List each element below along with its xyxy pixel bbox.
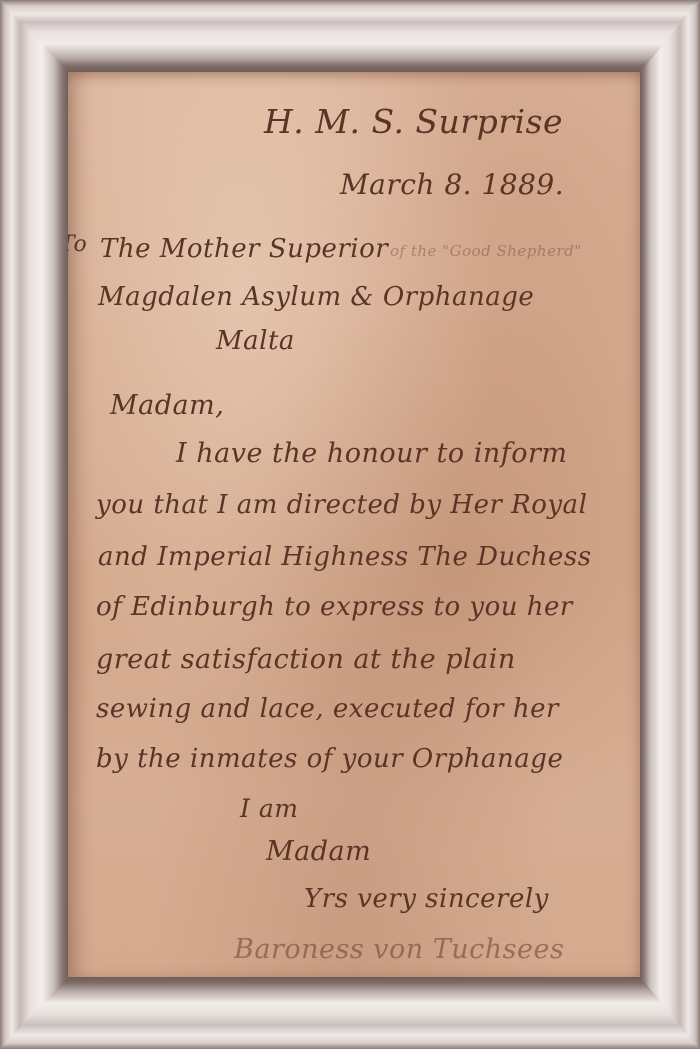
closing-line-1: I am bbox=[240, 794, 298, 823]
addressee-line-3: Malta bbox=[216, 326, 295, 356]
body-line-3: and Imperial Highness The Duchess bbox=[98, 542, 592, 572]
body-line-5: great satisfaction at the plain bbox=[96, 644, 516, 675]
signature: Baroness von Tuchsees bbox=[234, 934, 564, 965]
frame-right-moulding bbox=[640, 0, 700, 1049]
addressee-line-1: The Mother Superior bbox=[100, 234, 388, 264]
letter-paper: H. M. S. Surprise March 8. 1889. To The … bbox=[68, 72, 640, 977]
body-line-2: you that I am directed by Her Royal bbox=[96, 490, 587, 520]
picture-frame: H. M. S. Surprise March 8. 1889. To The … bbox=[0, 0, 700, 1049]
body-line-4: of Edinburgh to express to you her bbox=[96, 592, 573, 622]
salutation: Madam, bbox=[110, 390, 224, 421]
body-line-6: sewing and lace, executed for her bbox=[96, 694, 559, 724]
letter-ship-name: H. M. S. Surprise bbox=[264, 102, 563, 141]
addressee-insertion: of the "Good Shepherd" bbox=[390, 242, 582, 260]
body-line-1: I have the honour to inform bbox=[176, 438, 568, 469]
body-line-7: by the inmates of your Orphanage bbox=[96, 744, 563, 774]
frame-top-moulding bbox=[0, 0, 700, 72]
letter-date: March 8. 1889. bbox=[340, 168, 564, 201]
addressee-line-2: Magdalen Asylum & Orphanage bbox=[98, 282, 534, 312]
frame-left-moulding bbox=[0, 0, 68, 1049]
margin-mark: To bbox=[68, 232, 87, 257]
closing-line-3: Yrs very sincerely bbox=[304, 884, 549, 914]
frame-bottom-moulding bbox=[0, 977, 700, 1049]
closing-line-2: Madam bbox=[266, 836, 371, 867]
